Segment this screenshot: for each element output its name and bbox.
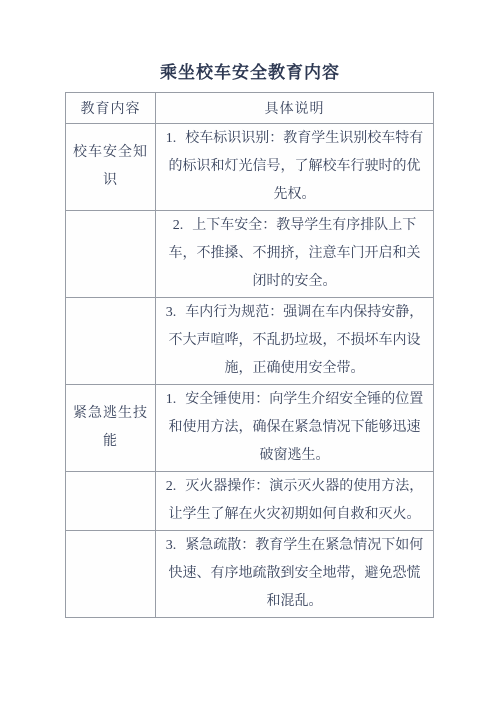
item-number: 3.	[166, 305, 177, 320]
table-row: 校车安全知识 1.校车标识识别：教育学生识别校车特有的标识和灯光信号，了解校车行…	[66, 124, 434, 211]
description-cell: 1.安全锤使用：向学生介绍安全锤的位置和使用方法，确保在紧急情况下能够迅速破窗逃…	[156, 385, 434, 472]
category-cell: 校车安全知识	[66, 124, 156, 211]
description-cell: 1.校车标识识别：教育学生识别校车特有的标识和灯光信号，了解校车行驶时的优先权。	[156, 124, 434, 211]
item-number: 2.	[166, 479, 177, 494]
category-cell: 紧急逃生技能	[66, 385, 156, 472]
item-text: 灭火器操作：演示灭火器的使用方法，让学生了解在火灾初期如何自救和灭火。	[169, 479, 424, 522]
column-header-education-content: 教育内容	[66, 93, 156, 124]
column-header-specific-description: 具体说明	[156, 93, 434, 124]
table-row: 3.紧急疏散：教育学生在紧急情况下如何快速、有序地疏散到安全地带，避免恐慌和混乱…	[66, 531, 434, 618]
item-text: 校车标识识别：教育学生识别校车特有的标识和灯光信号，了解校车行驶时的优先权。	[169, 131, 424, 202]
item-text: 安全锤使用：向学生介绍安全锤的位置和使用方法，确保在紧急情况下能够迅速破窗逃生。	[169, 392, 424, 463]
table-header-row: 教育内容 具体说明	[66, 93, 434, 124]
document-page: 乘坐校车安全教育内容 教育内容 具体说明 校车安全知识 1.校车标识识别：教育学…	[0, 0, 500, 707]
description-cell: 3.紧急疏散：教育学生在紧急情况下如何快速、有序地疏散到安全地带，避免恐慌和混乱…	[156, 531, 434, 618]
table-row: 2.灭火器操作：演示灭火器的使用方法，让学生了解在火灾初期如何自救和灭火。	[66, 472, 434, 531]
document-title: 乘坐校车安全教育内容	[0, 0, 500, 86]
description-cell: 3.车内行为规范：强调在车内保持安静，不大声喧哗，不乱扔垃圾，不损坏车内设施，正…	[156, 298, 434, 385]
category-cell	[66, 531, 156, 618]
description-cell: 2.上下车安全：教导学生有序排队上下车，不推搡、不拥挤，注意车门开启和关闭时的安…	[156, 211, 434, 298]
table-row: 2.上下车安全：教导学生有序排队上下车，不推搡、不拥挤，注意车门开启和关闭时的安…	[66, 211, 434, 298]
item-text: 紧急疏散：教育学生在紧急情况下如何快速、有序地疏散到安全地带，避免恐慌和混乱。	[169, 538, 424, 609]
category-cell	[66, 472, 156, 531]
category-cell	[66, 298, 156, 385]
table-row: 3.车内行为规范：强调在车内保持安静，不大声喧哗，不乱扔垃圾，不损坏车内设施，正…	[66, 298, 434, 385]
table-row: 紧急逃生技能 1.安全锤使用：向学生介绍安全锤的位置和使用方法，确保在紧急情况下…	[66, 385, 434, 472]
item-number: 1.	[166, 392, 177, 407]
description-cell: 2.灭火器操作：演示灭火器的使用方法，让学生了解在火灾初期如何自救和灭火。	[156, 472, 434, 531]
item-number: 1.	[166, 131, 177, 146]
safety-education-table: 教育内容 具体说明 校车安全知识 1.校车标识识别：教育学生识别校车特有的标识和…	[65, 92, 434, 618]
category-cell	[66, 211, 156, 298]
item-number: 2.	[173, 218, 184, 233]
item-number: 3.	[166, 538, 177, 553]
item-text: 上下车安全：教导学生有序排队上下车，不推搡、不拥挤，注意车门开启和关闭时的安全。	[169, 218, 421, 289]
item-text: 车内行为规范：强调在车内保持安静，不大声喧哗，不乱扔垃圾，不损坏车内设施，正确使…	[169, 305, 424, 376]
